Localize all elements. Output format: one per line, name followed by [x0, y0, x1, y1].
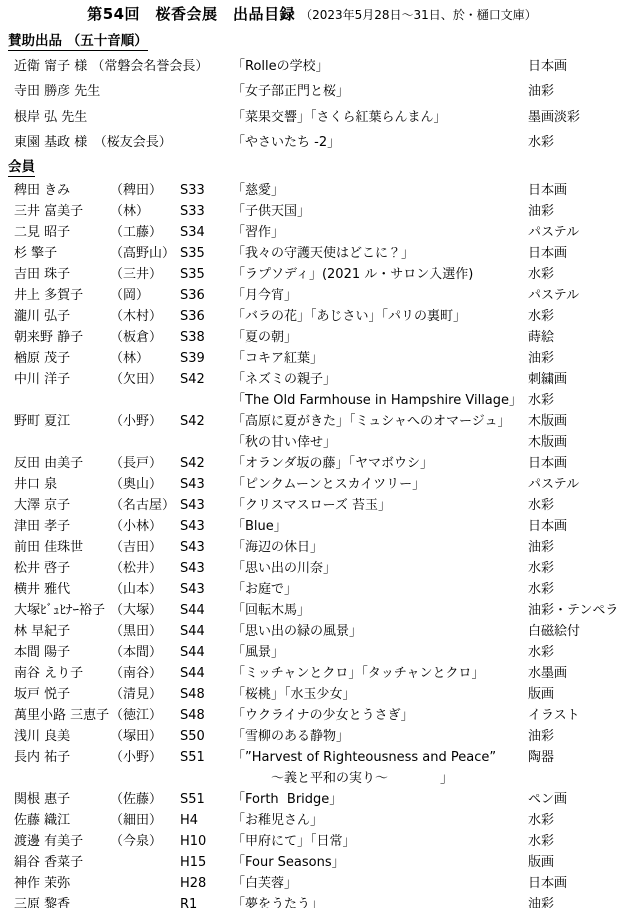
artwork-title: 「菜果交響」「さくら紅葉らんまん」	[232, 105, 528, 130]
exhibit-row: 楢原 茂子 （林） S39 「コキア紅葉」 油彩	[14, 348, 624, 369]
join-year: S34	[180, 222, 232, 243]
maiden-name: （板倉）	[110, 327, 162, 348]
artwork-title: 「慈愛」	[232, 180, 528, 201]
join-year: H4	[180, 810, 232, 831]
maiden-name: （今泉）	[110, 831, 162, 852]
exhibitor-name: 近衛 甯子 様 （常磐会名誉会長）	[14, 54, 232, 79]
artwork-title: 「秋の甘い倖せ」	[232, 432, 528, 453]
exhibit-row: 朝来野 静子 （板倉） S38 「夏の朝」 蒔絵	[14, 327, 624, 348]
exhibitor-name: 松井 啓子	[14, 558, 110, 579]
exhibitor-name: 井上 多賀子	[14, 285, 110, 306]
exhibitor-name-group: 大澤 京子 （名古屋）	[14, 495, 180, 516]
exhibit-row: 野町 夏江 （小野） S42 「高原に夏がきた」「ミュシャへのオマージュ」 木版…	[14, 411, 624, 432]
exhibitor-name-group: 三原 黎香	[14, 894, 180, 908]
exhibitor-name: 坂戸 悦子	[14, 684, 110, 705]
artwork-medium: 日本画	[528, 873, 624, 894]
exhibitor-name-group: 萬里小路 三恵子 （徳江）	[14, 705, 180, 726]
exhibitor-name: 根岸 弘 先生	[14, 105, 232, 130]
artwork-title: 「Four Seasons」	[232, 852, 528, 873]
artwork-medium: 版画	[528, 852, 624, 873]
maiden-name: （徳江）	[110, 705, 162, 726]
exhibitor-name: 林 早紀子	[14, 621, 110, 642]
artwork-title: 「風景」	[232, 642, 528, 663]
exhibit-row: 二見 昭子 （工藤） S34 「習作」 パステル	[14, 222, 624, 243]
exhibit-row: 「秋の甘い倖せ」 木版画	[14, 432, 624, 453]
exhibitor-name: 横井 雅代	[14, 579, 110, 600]
artwork-medium: 水彩	[528, 264, 624, 285]
artwork-title: 「夏の朝」	[232, 327, 528, 348]
maiden-name: （名古屋）	[110, 495, 175, 516]
join-year: S50	[180, 726, 232, 747]
exhibitor-name: 長内 祐子	[14, 747, 110, 768]
exhibitor-name-group: 野町 夏江 （小野）	[14, 411, 180, 432]
exhibitor-name: 井口 泉	[14, 474, 110, 495]
artwork-title: 「夢をうたう」	[232, 894, 528, 908]
artwork-medium: 水彩	[528, 642, 624, 663]
exhibitor-name: 野町 夏江	[14, 411, 110, 432]
maiden-name: （木村）	[110, 306, 162, 327]
exhibitor-name-group: 林 早紀子 （黒田）	[14, 621, 180, 642]
artwork-medium: 陶器	[528, 747, 624, 768]
artwork-title: 「回転木馬」	[232, 600, 528, 621]
exhibit-row: 林 早紀子 （黒田） S44 「思い出の緑の風景」 白磁絵付	[14, 621, 624, 642]
artwork-title: 「オランダ坂の藤」「ヤマボウシ」	[232, 453, 528, 474]
exhibitor-name-group: 吉田 珠子 （三井）	[14, 264, 180, 285]
artwork-title: 「ネズミの親子」	[232, 369, 528, 390]
artwork-title: 「Rolleの学校」	[232, 54, 528, 79]
maiden-name: （塚田）	[110, 726, 162, 747]
artwork-title: 「習作」	[232, 222, 528, 243]
artwork-title: 「雪柳のある静物」	[232, 726, 528, 747]
maiden-name: （黒田）	[110, 621, 162, 642]
artwork-medium: 日本画	[528, 54, 624, 79]
exhibitor-name: 絹谷 香菜子	[14, 852, 110, 873]
document-title-date: （2023年5月28日～31日、於・樋口文庫）	[300, 8, 537, 22]
artwork-medium: 水彩	[528, 306, 624, 327]
exhibit-row: 反田 由美子 （長戸） S42 「オランダ坂の藤」「ヤマボウシ」 日本画	[14, 453, 624, 474]
join-year: H10	[180, 831, 232, 852]
exhibit-row: 寺田 勝彦 先生 「女子部正門と桜」 油彩	[14, 79, 624, 104]
exhibitor-name: 萬里小路 三恵子	[14, 705, 110, 726]
artwork-title: 「ウクライナの少女とうさぎ」	[232, 705, 528, 726]
artwork-medium: イラスト	[528, 705, 624, 726]
exhibit-row: 井上 多賀子 （岡） S36 「月今宵」 パステル	[14, 285, 624, 306]
exhibitor-name: 楢原 茂子	[14, 348, 110, 369]
artwork-title: 「子供天国」	[232, 201, 528, 222]
maiden-name: （本間）	[110, 642, 162, 663]
exhibitor-name-group: 長内 祐子 （小野）	[14, 747, 180, 768]
join-year: S39	[180, 348, 232, 369]
artwork-medium: パステル	[528, 474, 624, 495]
maiden-name: （小林）	[110, 516, 162, 537]
exhibitor-name: 南谷 えり子	[14, 663, 110, 684]
exhibitor-name: 三井 富美子	[14, 201, 110, 222]
exhibitor-name-group: 本間 陽子 （本間）	[14, 642, 180, 663]
maiden-name: （欠田）	[110, 369, 162, 390]
exhibit-row: 横井 雅代 （山本） S43 「お庭で」 水彩	[14, 579, 624, 600]
join-year: S35	[180, 264, 232, 285]
exhibitor-name-group: 大塚ﾋﾞｭﾋﾅｰ裕子 （大塚）	[14, 600, 180, 621]
join-year: S42	[180, 411, 232, 432]
artwork-title: 「ピンクムーンとスカイツリー」	[232, 474, 528, 495]
exhibit-row: 長内 祐子 （小野） S51 「”Harvest of Righteousnes…	[14, 747, 624, 768]
exhibitor-name: 津田 孝子	[14, 516, 110, 537]
artwork-medium: 木版画	[528, 411, 624, 432]
exhibitor-name-group: 井上 多賀子 （岡）	[14, 285, 180, 306]
join-year: S36	[180, 285, 232, 306]
exhibit-row: 関根 惠子 （佐藤） S51 「Forth Bridge」 ペン画	[14, 789, 624, 810]
artwork-medium: 日本画	[528, 243, 624, 264]
exhibitor-name: 瀧川 弘子	[14, 306, 110, 327]
artwork-medium: 油彩	[528, 894, 624, 908]
artwork-title: 「お庭で」	[232, 579, 528, 600]
catalog-section: 会員 稗田 きみ （稗田） S33 「慈愛」 日本画 三井 富美子 （林） S3…	[14, 156, 624, 908]
exhibit-row: 大澤 京子 （名古屋） S43 「クリスマスローズ 苔玉」 水彩	[14, 495, 624, 516]
artwork-medium: 水彩	[528, 558, 624, 579]
exhibitor-name-group: 反田 由美子 （長戸）	[14, 453, 180, 474]
artwork-medium: 水彩	[528, 810, 624, 831]
catalog-section: 賛助出品 （五十音順） 近衛 甯子 様 （常磐会名誉会長） 「Rolleの学校」…	[14, 25, 624, 156]
exhibitor-name: 寺田 勝彦 先生	[14, 79, 232, 104]
join-year: S43	[180, 474, 232, 495]
artwork-medium: 油彩	[528, 726, 624, 747]
join-year: S43	[180, 558, 232, 579]
artwork-medium: 日本画	[528, 453, 624, 474]
exhibitor-name: 吉田 珠子	[14, 264, 110, 285]
exhibitor-name: 関根 惠子	[14, 789, 110, 810]
section-heading-guests: 賛助出品 （五十音順）	[8, 33, 148, 51]
maiden-name: （長戸）	[110, 453, 162, 474]
exhibitor-name: 三原 黎香	[14, 894, 110, 908]
maiden-name: （細田）	[110, 810, 162, 831]
exhibitor-name-group: 浅川 良美 （塚田）	[14, 726, 180, 747]
artwork-title: 「甲府にて」「日常」	[232, 831, 528, 852]
artwork-medium: 木版画	[528, 432, 624, 453]
exhibitor-name: 中川 洋子	[14, 369, 110, 390]
artwork-medium: パステル	[528, 285, 624, 306]
exhibit-row: 本間 陽子 （本間） S44 「風景」 水彩	[14, 642, 624, 663]
maiden-name: （奥山）	[110, 474, 162, 495]
artwork-medium: 水彩	[528, 495, 624, 516]
exhibit-row: 渡邊 有美子 （今泉） H10 「甲府にて」「日常」 水彩	[14, 831, 624, 852]
join-year: S44	[180, 642, 232, 663]
exhibit-row: 萬里小路 三恵子 （徳江） S48 「ウクライナの少女とうさぎ」 イラスト	[14, 705, 624, 726]
exhibitor-name-group: 渡邊 有美子 （今泉）	[14, 831, 180, 852]
artwork-medium: 墨画淡彩	[528, 105, 624, 130]
exhibit-row: 南谷 えり子 （南谷） S44 「ミッチャンとクロ」「タッチャンとクロ」 水墨画	[14, 663, 624, 684]
exhibitor-name-group: 絹谷 香菜子	[14, 852, 180, 873]
join-year: S33	[180, 201, 232, 222]
exhibit-row: 根岸 弘 先生 「菜果交響」「さくら紅葉らんまん」 墨画淡彩	[14, 105, 624, 130]
artwork-medium: 水彩	[528, 390, 624, 411]
exhibitor-name-group: 朝来野 静子 （板倉）	[14, 327, 180, 348]
exhibitor-name-group: 神作 茉弥	[14, 873, 180, 894]
artwork-medium: 白磁絵付	[528, 621, 624, 642]
join-year: H28	[180, 873, 232, 894]
artwork-medium: 日本画	[528, 180, 624, 201]
artwork-title: 「桜桃」「水玉少女」	[232, 684, 528, 705]
maiden-name: （吉田）	[110, 537, 162, 558]
join-year: S43	[180, 579, 232, 600]
exhibitor-name: 本間 陽子	[14, 642, 110, 663]
artwork-title: 「クリスマスローズ 苔玉」	[232, 495, 528, 516]
join-year: S33	[180, 180, 232, 201]
exhibitor-name: 二見 昭子	[14, 222, 110, 243]
join-year: S38	[180, 327, 232, 348]
section-heading-members: 会員	[8, 159, 35, 177]
exhibit-row: 吉田 珠子 （三井） S35 「ラプソディ」(2021 ル・サロン入選作) 水彩	[14, 264, 624, 285]
exhibitor-name: 朝来野 静子	[14, 327, 110, 348]
artwork-title: 「ミッチャンとクロ」「タッチャンとクロ」	[232, 663, 528, 684]
exhibitor-name-group: 井口 泉 （奥山）	[14, 474, 180, 495]
artwork-medium: ペン画	[528, 789, 624, 810]
maiden-name: （清見）	[110, 684, 162, 705]
artwork-title: 「”Harvest of Righteousness and Peace”	[232, 747, 528, 768]
maiden-name: （高野山）	[110, 243, 175, 264]
exhibitor-name-group: 関根 惠子 （佐藤）	[14, 789, 180, 810]
join-year: S43	[180, 537, 232, 558]
join-year: S48	[180, 705, 232, 726]
exhibit-row: 「The Old Farmhouse in Hampshire Village」…	[14, 390, 624, 411]
maiden-name: （佐藤）	[110, 789, 162, 810]
maiden-name: （工藤）	[110, 222, 162, 243]
exhibit-row: ～義と平和の実り～ 」	[14, 768, 624, 789]
artwork-title: 「思い出の緑の風景」	[232, 621, 528, 642]
artwork-medium: 刺繍画	[528, 369, 624, 390]
document-page: 第54回 桜香会展 出品目録（2023年5月28日～31日、於・樋口文庫） 賛助…	[0, 0, 624, 908]
artwork-title: 「女子部正門と桜」	[232, 79, 528, 104]
artwork-medium: 油彩	[528, 79, 624, 104]
exhibitor-name-group: 前田 佳珠世 （吉田）	[14, 537, 180, 558]
artwork-title: 「コキア紅葉」	[232, 348, 528, 369]
exhibit-row: 前田 佳珠世 （吉田） S43 「海辺の休日」 油彩	[14, 537, 624, 558]
maiden-name: （林）	[110, 348, 149, 369]
maiden-name: （小野）	[110, 411, 162, 432]
exhibitor-name-group: 松井 啓子 （松井）	[14, 558, 180, 579]
exhibitor-name: 東園 基政 様 （桜友会長）	[14, 130, 232, 155]
join-year: S43	[180, 495, 232, 516]
artwork-title: 「やさいたち -2」	[232, 130, 528, 155]
join-year: R1	[180, 894, 232, 908]
artwork-title: 「バラの花」「あじさい」「パリの裏町」	[232, 306, 528, 327]
artwork-medium: 水彩	[528, 579, 624, 600]
exhibit-row: 瀧川 弘子 （木村） S36 「バラの花」「あじさい」「パリの裏町」 水彩	[14, 306, 624, 327]
exhibitor-name-group: 稗田 きみ （稗田）	[14, 180, 180, 201]
maiden-name: （松井）	[110, 558, 162, 579]
exhibitor-name-group: 二見 昭子 （工藤）	[14, 222, 180, 243]
join-year: S44	[180, 600, 232, 621]
join-year: S42	[180, 453, 232, 474]
artwork-title: 「Forth Bridge」	[232, 789, 528, 810]
exhibitor-name: 神作 茉弥	[14, 873, 110, 894]
section-rows: 稗田 きみ （稗田） S33 「慈愛」 日本画 三井 富美子 （林） S33 「…	[14, 180, 624, 908]
exhibitor-name-group: 三井 富美子 （林）	[14, 201, 180, 222]
join-year: H15	[180, 852, 232, 873]
exhibit-row: 近衛 甯子 様 （常磐会名誉会長） 「Rolleの学校」 日本画	[14, 54, 624, 79]
exhibitor-name: 前田 佳珠世	[14, 537, 110, 558]
exhibitor-name: 佐藤 織江	[14, 810, 110, 831]
maiden-name: （南谷）	[110, 663, 162, 684]
artwork-medium: 水墨画	[528, 663, 624, 684]
document-title-text: 第54回 桜香会展 出品目録	[87, 5, 295, 23]
exhibitor-name-group: 楢原 茂子 （林）	[14, 348, 180, 369]
exhibitor-name: 渡邊 有美子	[14, 831, 110, 852]
artwork-title: 「お稚児さん」	[232, 810, 528, 831]
artwork-title: 「白芙蓉」	[232, 873, 528, 894]
join-year: S44	[180, 621, 232, 642]
exhibit-row: 坂戸 悦子 （清見） S48 「桜桃」「水玉少女」 版画	[14, 684, 624, 705]
exhibitor-name: 杉 擎子	[14, 243, 110, 264]
artwork-title: 「思い出の川奈」	[232, 558, 528, 579]
maiden-name: （小野）	[110, 747, 162, 768]
exhibitor-name-group: 佐藤 織江 （細田）	[14, 810, 180, 831]
section-rows: 近衛 甯子 様 （常磐会名誉会長） 「Rolleの学校」 日本画 寺田 勝彦 先…	[14, 54, 624, 156]
artwork-title: 「月今宵」	[232, 285, 528, 306]
exhibit-row: 三原 黎香 R1 「夢をうたう」 油彩	[14, 894, 624, 908]
artwork-title: 「我々の守護天使はどこに？」	[232, 243, 528, 264]
artwork-medium: 油彩	[528, 348, 624, 369]
maiden-name: （三井）	[110, 264, 162, 285]
join-year: S42	[180, 369, 232, 390]
exhibitor-name-group: 横井 雅代 （山本）	[14, 579, 180, 600]
document-title: 第54回 桜香会展 出品目録（2023年5月28日～31日、於・樋口文庫）	[0, 4, 624, 25]
exhibit-row: 大塚ﾋﾞｭﾋﾅｰ裕子 （大塚） S44 「回転木馬」 油彩・テンペラ	[14, 600, 624, 621]
catalog-body: 賛助出品 （五十音順） 近衛 甯子 様 （常磐会名誉会長） 「Rolleの学校」…	[14, 25, 624, 908]
exhibitor-name-group: 瀧川 弘子 （木村）	[14, 306, 180, 327]
artwork-title: ～義と平和の実り～ 」	[232, 768, 528, 789]
exhibitor-name-group: 津田 孝子 （小林）	[14, 516, 180, 537]
maiden-name: （岡）	[110, 285, 149, 306]
artwork-medium: 油彩・テンペラ	[528, 600, 624, 621]
exhibit-row: 松井 啓子 （松井） S43 「思い出の川奈」 水彩	[14, 558, 624, 579]
artwork-medium: 油彩	[528, 201, 624, 222]
artwork-medium: 油彩	[528, 537, 624, 558]
artwork-medium: 日本画	[528, 516, 624, 537]
artwork-medium: パステル	[528, 222, 624, 243]
artwork-title: 「The Old Farmhouse in Hampshire Village」	[232, 390, 528, 411]
artwork-medium: 水彩	[528, 831, 624, 852]
exhibitor-name: 大澤 京子	[14, 495, 110, 516]
artwork-title: 「Blue」	[232, 516, 528, 537]
exhibit-row: 井口 泉 （奥山） S43 「ピンクムーンとスカイツリー」 パステル	[14, 474, 624, 495]
exhibit-row: 浅川 良美 （塚田） S50 「雪柳のある静物」 油彩	[14, 726, 624, 747]
maiden-name: （大塚）	[110, 600, 162, 621]
exhibit-row: 津田 孝子 （小林） S43 「Blue」 日本画	[14, 516, 624, 537]
exhibit-row: 東園 基政 様 （桜友会長） 「やさいたち -2」 水彩	[14, 130, 624, 155]
exhibitor-name: 浅川 良美	[14, 726, 110, 747]
exhibit-row: 神作 茉弥 H28 「白芙蓉」 日本画	[14, 873, 624, 894]
exhibit-row: 中川 洋子 （欠田） S42 「ネズミの親子」 刺繍画	[14, 369, 624, 390]
join-year: S48	[180, 684, 232, 705]
artwork-title: 「高原に夏がきた」「ミュシャへのオマージュ」	[232, 411, 528, 432]
join-year: S51	[180, 747, 232, 768]
join-year: S35	[180, 243, 232, 264]
exhibit-row: 杉 擎子 （高野山） S35 「我々の守護天使はどこに？」 日本画	[14, 243, 624, 264]
maiden-name: （林）	[110, 201, 149, 222]
join-year: S36	[180, 306, 232, 327]
maiden-name: （山本）	[110, 579, 162, 600]
exhibitor-name-group: 坂戸 悦子 （清見）	[14, 684, 180, 705]
artwork-medium: 水彩	[528, 130, 624, 155]
exhibitor-name-group: 南谷 えり子 （南谷）	[14, 663, 180, 684]
artwork-medium: 蒔絵	[528, 327, 624, 348]
exhibit-row: 絹谷 香菜子 H15 「Four Seasons」 版画	[14, 852, 624, 873]
artwork-title: 「ラプソディ」(2021 ル・サロン入選作)	[232, 264, 528, 285]
exhibitor-name-group: 中川 洋子 （欠田）	[14, 369, 180, 390]
exhibit-row: 佐藤 織江 （細田） H4 「お稚児さん」 水彩	[14, 810, 624, 831]
exhibitor-name-group: 杉 擎子 （高野山）	[14, 243, 180, 264]
exhibitor-name: 稗田 きみ	[14, 180, 110, 201]
exhibit-row: 稗田 きみ （稗田） S33 「慈愛」 日本画	[14, 180, 624, 201]
artwork-medium: 版画	[528, 684, 624, 705]
exhibitor-name: 反田 由美子	[14, 453, 110, 474]
join-year: S44	[180, 663, 232, 684]
maiden-name: （稗田）	[110, 180, 162, 201]
exhibitor-name: 大塚ﾋﾞｭﾋﾅｰ裕子	[14, 600, 110, 621]
artwork-title: 「海辺の休日」	[232, 537, 528, 558]
join-year: S51	[180, 789, 232, 810]
exhibit-row: 三井 富美子 （林） S33 「子供天国」 油彩	[14, 201, 624, 222]
join-year: S43	[180, 516, 232, 537]
